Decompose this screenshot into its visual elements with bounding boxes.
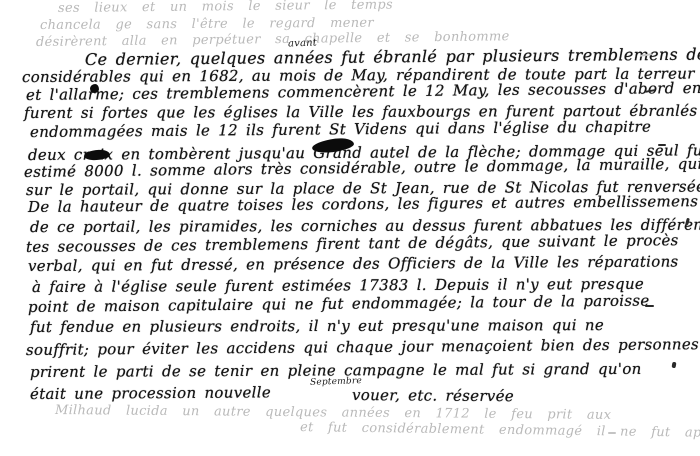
manuscript-line: était une procession nouvelle	[30, 383, 271, 403]
stray-ink-mark	[608, 432, 616, 434]
faded-top-line: ses lieux et un mois le sieur le temps	[58, 0, 393, 16]
manuscript-line: verbal, qui en fut dressé, en présence d…	[28, 252, 679, 275]
faded-bottom-line: et fut considérablement endommagé il ne …	[300, 420, 700, 441]
manuscript-page: ses lieux et un mois le sieur le temps c…	[0, 0, 700, 456]
stray-ink-mark	[658, 144, 666, 146]
stray-ink-mark	[672, 362, 677, 369]
manuscript-line-fragment: vouer, etc. réservée	[352, 386, 514, 405]
manuscript-line: souffrit; pour éviter les accidens qui c…	[26, 335, 699, 359]
ink-blot	[90, 84, 99, 93]
faded-top-line: chancela ge sans l'être le regard mener	[40, 16, 374, 33]
stray-ink-mark	[645, 305, 654, 307]
manuscript-line: fut fendue en plusieurs endroits, il n'y…	[30, 316, 604, 336]
